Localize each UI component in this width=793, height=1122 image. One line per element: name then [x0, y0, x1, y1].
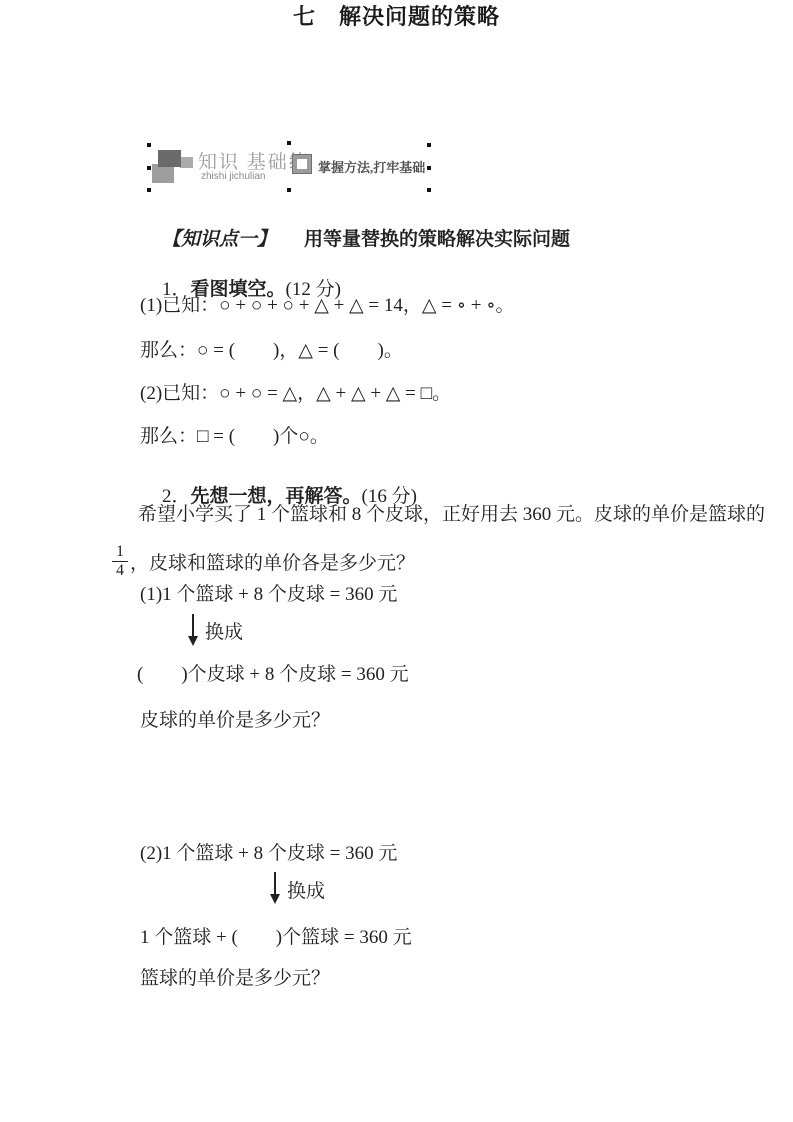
fraction-one-fourth: 1 4 — [112, 543, 128, 580]
logo-square-dark — [158, 150, 181, 167]
q1-part1-answer-blanks: 那么：○ = ( )，△ = ( )。 — [140, 339, 403, 363]
q2-part1-question: 皮球的单价是多少元？ — [140, 709, 330, 733]
selection-handle[interactable] — [287, 141, 291, 145]
section-banner-image[interactable]: 知识 基础练 zhishi jichulian 掌握方法,打牢基础 — [150, 146, 432, 192]
banner-brand-pinyin: zhishi jichulian — [201, 171, 265, 182]
down-arrow-icon — [269, 872, 281, 904]
q2-part2-equation: (2)1 个篮球 + 8 个皮球 = 360 元 — [140, 842, 397, 866]
q1-part2-answer-blanks: 那么：□ = ( )个○。 — [140, 425, 329, 449]
knowledge-point-heading: 用等量替换的策略解决实际问题 — [304, 229, 570, 250]
q2-part2-equation-after: 1 个篮球 + ( )个篮球 = 360 元 — [140, 926, 412, 950]
banner-slogan: 掌握方法,打牢基础 — [318, 157, 425, 176]
page-title: 七 解决问题的策略 — [0, 0, 793, 31]
knowledge-point-label: 【知识点一】 — [162, 229, 276, 250]
fraction-numerator: 1 — [112, 543, 128, 562]
worksheet-page: 七 解决问题的策略 知识 基础练 zhishi jichulian 掌握方法,打… — [0, 0, 793, 1122]
q2-intro-line2: 1 4 ，皮球和篮球的单价各是多少元？ — [112, 535, 415, 587]
q2-part1-swap-label: 换成 — [205, 621, 243, 645]
down-arrow-icon — [187, 614, 199, 646]
logo-square-light-small — [180, 157, 193, 168]
q1-part2-given: (2)已知：○ + ○ = △，△ + △ + △ = □。 — [140, 382, 451, 406]
q2-part1-equation: (1)1 个篮球 + 8 个皮球 = 360 元 — [140, 583, 397, 607]
fraction-denominator: 4 — [112, 562, 128, 580]
q2-part2-swap-label: 换成 — [287, 880, 325, 904]
q2-part2-question: 篮球的单价是多少元？ — [140, 967, 330, 991]
q1-part1-given: (1)已知：○ + ○ + ○ + △ + △ = 14，△ = ∘ + ∘。 — [140, 294, 515, 318]
q2-intro-line2-text: ，皮球和篮球的单价各是多少元？ — [130, 548, 415, 575]
q2-intro-line1: 希望小学买了 1 个篮球和 8 个皮球，正好用去 360 元。皮球的单价是篮球的 — [138, 503, 765, 527]
q2-part1-equation-after: ( )个皮球 + 8 个皮球 = 360 元 — [137, 663, 409, 687]
square-bullet-icon — [293, 155, 311, 173]
